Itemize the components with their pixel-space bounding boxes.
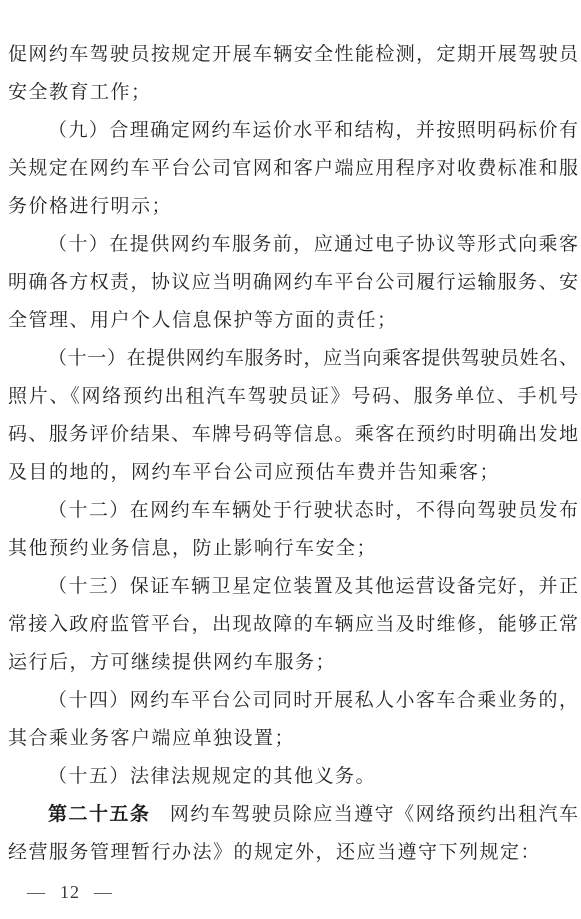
- text-line: 全管理、用户个人信息保护等方面的责任；: [8, 302, 578, 340]
- text-line: 照片、《网络预约出租汽车驾驶员证》号码、服务单位、手机号: [8, 378, 578, 416]
- text-line: 经营服务管理暂行办法》的规定外，还应当遵守下列规定：: [8, 834, 578, 872]
- footer-dash-left: —: [27, 882, 46, 902]
- article-heading-text: 网约车驾驶员除应当遵守《网络预约出租汽车: [168, 804, 578, 825]
- document-body: 促网约车驾驶员按规定开展车辆安全性能检测，定期开展驾驶员 安全教育工作； （九）…: [0, 0, 581, 872]
- text-line: 安全教育工作；: [8, 74, 578, 112]
- text-line: 其合乘业务客户端应单独设置；: [8, 720, 578, 758]
- article-number-label: 第二十五条: [48, 804, 150, 825]
- page-footer: —12—: [0, 877, 581, 907]
- text-line-item-9: （九）合理确定网约车运价水平和结构，并按照明码标价有: [8, 112, 578, 150]
- footer-dash-right: —: [94, 882, 113, 902]
- article-heading-line: 第二十五条网约车驾驶员除应当遵守《网络预约出租汽车: [8, 796, 578, 834]
- text-line: 及目的地的，网约车平台公司应预估车费并告知乘客；: [8, 454, 578, 492]
- text-line-item-10: （十）在提供网约车服务前，应通过电子协议等形式向乘客: [8, 226, 578, 264]
- text-line: 码、服务评价结果、车牌号码等信息。乘客在预约时明确出发地: [8, 416, 578, 454]
- text-line-item-13: （十三）保证车辆卫星定位装置及其他运营设备完好，并正: [8, 568, 578, 606]
- text-line-item-14: （十四）网约车平台公司同时开展私人小客车合乘业务的，: [8, 682, 578, 720]
- text-line: 常接入政府监管平台，出现故障的车辆应当及时维修，能够正常: [8, 606, 578, 644]
- text-line-item-12: （十二）在网约车车辆处于行驶状态时，不得向驾驶员发布: [8, 492, 578, 530]
- document-page: 促网约车驾驶员按规定开展车辆安全性能检测，定期开展驾驶员 安全教育工作； （九）…: [0, 0, 581, 919]
- text-line: 其他预约业务信息，防止影响行车安全；: [8, 530, 578, 568]
- text-line: 明确各方权责，协议应当明确网约车平台公司履行运输服务、安: [8, 264, 578, 302]
- text-line: 运行后，方可继续提供网约车服务；: [8, 644, 578, 682]
- text-line: 促网约车驾驶员按规定开展车辆安全性能检测，定期开展驾驶员: [8, 36, 578, 74]
- text-line-item-15: （十五）法律法规规定的其他义务。: [8, 758, 578, 796]
- page-number: 12: [60, 882, 80, 902]
- text-line: 关规定在网约车平台公司官网和客户端应用程序对收费标准和服: [8, 150, 578, 188]
- text-line: 务价格进行明示；: [8, 188, 578, 226]
- text-line-item-11: （十一）在提供网约车服务时，应当向乘客提供驾驶员姓名、: [8, 340, 578, 378]
